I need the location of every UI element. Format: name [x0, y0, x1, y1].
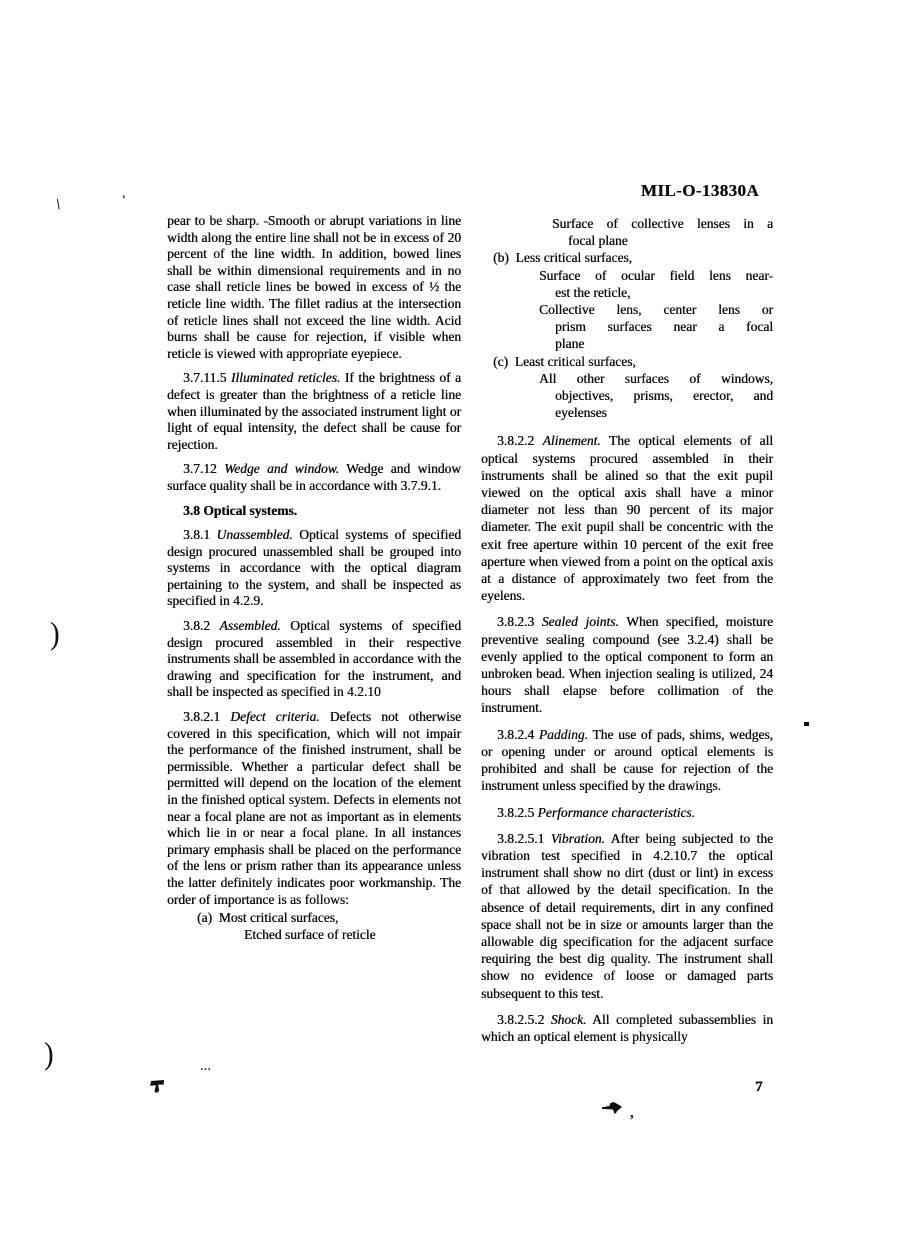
spec-number-header: MIL-O-13830A: [481, 181, 759, 201]
body-text: 3.8.2.5.1: [497, 831, 551, 846]
section-title-text: Padding.: [539, 727, 588, 742]
section-title-text: Alinement.: [543, 433, 601, 448]
body-text: 3.8.2.2: [497, 433, 543, 448]
body-text: 3.8.1: [183, 527, 216, 542]
stray-comma: ,: [630, 1106, 634, 1121]
section-title-text: Defect criteria.: [230, 709, 319, 724]
paragraph: 3.8.2 Assembled. Optical systems of spec…: [167, 618, 461, 701]
paragraph: 3.7.11.5 Illuminated reticles. If the br…: [167, 370, 461, 453]
list-line: Surface of ocular field lens near-: [481, 267, 773, 284]
paragraph: 3.8.2.3 Sealed joints. When specified, m…: [481, 613, 773, 716]
list-line: (c) Least critical surfaces,: [481, 353, 773, 370]
list-line: prism surfaces near a focal: [481, 318, 773, 335]
body-text: 3.8.2.5.2: [497, 1012, 551, 1027]
paragraph: 3.8.1 Unassembled. Optical systems of sp…: [167, 527, 461, 610]
stray-tick-2: ': [614, 1108, 618, 1121]
section-title-text: Vibration.: [551, 831, 605, 846]
section-title-text: Assembled.: [219, 618, 280, 633]
list-line: (a) Most critical surfaces,: [167, 910, 461, 927]
stray-tick: ': [122, 193, 126, 206]
list-line: eyelenses: [481, 404, 773, 421]
stray-dots: …: [200, 1062, 212, 1073]
paragraph: 3.8.2.2 Alinement. The optical elements …: [481, 432, 773, 604]
body-text: 3.7.11.5: [183, 370, 231, 385]
section-title-text: Shock.: [551, 1012, 587, 1027]
paragraph: 3.7.12 Wedge and window. Wedge and windo…: [167, 461, 461, 494]
paragraph: 3.8.2.5 Performance characteristics.: [481, 804, 773, 821]
list-line: est the reticle,: [481, 284, 773, 301]
body-text: 3.8.2.1: [183, 709, 230, 724]
body-text: When specified, moisture preventive seal…: [481, 614, 773, 715]
body-text: The optical elements of all optical syst…: [481, 433, 773, 603]
body-text: 3.8.2.3: [497, 614, 542, 629]
list-line: Surface of collective lenses in a: [481, 215, 773, 232]
paragraph: pear to be sharp. -Smooth or abrupt vari…: [167, 213, 461, 362]
body-text: 3.8.2.5: [497, 805, 538, 820]
body-text: Defects not otherwise covered in this sp…: [167, 709, 461, 907]
ink-smudge-arrow: [602, 1102, 622, 1114]
list-line: plane: [481, 335, 773, 352]
body-text: pear to be sharp. -Smooth or abrupt vari…: [167, 213, 461, 361]
section-title-text: Performance characteristics.: [538, 805, 695, 820]
body-text: 3.8.2.4: [497, 727, 539, 742]
list-line: Etched surface of reticle: [167, 927, 461, 944]
document-page: MIL-O-13830A pear to be sharp. -Smooth o…: [0, 0, 900, 1243]
paragraph: 3.8.2.5.2 Shock. All completed subassemb…: [481, 1011, 773, 1045]
section-title-text: Wedge and window.: [224, 461, 339, 476]
stray-dot-right: [804, 722, 809, 726]
paragraph: 3.8.2.1 Defect criteria. Defects not oth…: [167, 709, 461, 908]
list-line: All other surfaces of windows,: [481, 370, 773, 387]
ink-blob-hook: [150, 1080, 164, 1093]
list-line: objectives, prisms, erector, and: [481, 387, 773, 404]
body-text: 3.7.12: [183, 461, 224, 476]
page-number: 7: [755, 1079, 763, 1096]
section-title-text: Illuminated reticles.: [231, 370, 340, 385]
list-line: (b) Less critical surfaces,: [481, 249, 773, 266]
list-line: focal plane: [481, 232, 773, 249]
stray-paren-lower: ): [44, 1039, 54, 1071]
stray-paren-upper: ): [50, 619, 60, 651]
pen-stroke: \: [55, 198, 62, 213]
left-column: pear to be sharp. -Smooth or abrupt vari…: [167, 213, 461, 943]
list-line: Collective lens, center lens or: [481, 301, 773, 318]
section-heading-text: 3.8 Optical systems.: [183, 503, 297, 518]
right-column: Surface of collective lenses in afocal p…: [481, 215, 773, 1054]
body-text: 3.8.2: [183, 618, 219, 633]
section-title-text: Unassembled.: [216, 527, 292, 542]
section-title-text: Sealed joints.: [542, 614, 619, 629]
paragraph: 3.8.2.5.1 Vibration. After being subject…: [481, 830, 773, 1002]
paragraph: 3.8 Optical systems.: [167, 503, 461, 520]
paragraph: 3.8.2.4 Padding. The use of pads, shims,…: [481, 726, 773, 795]
body-text: After being subjected to the vibration t…: [481, 831, 773, 1001]
